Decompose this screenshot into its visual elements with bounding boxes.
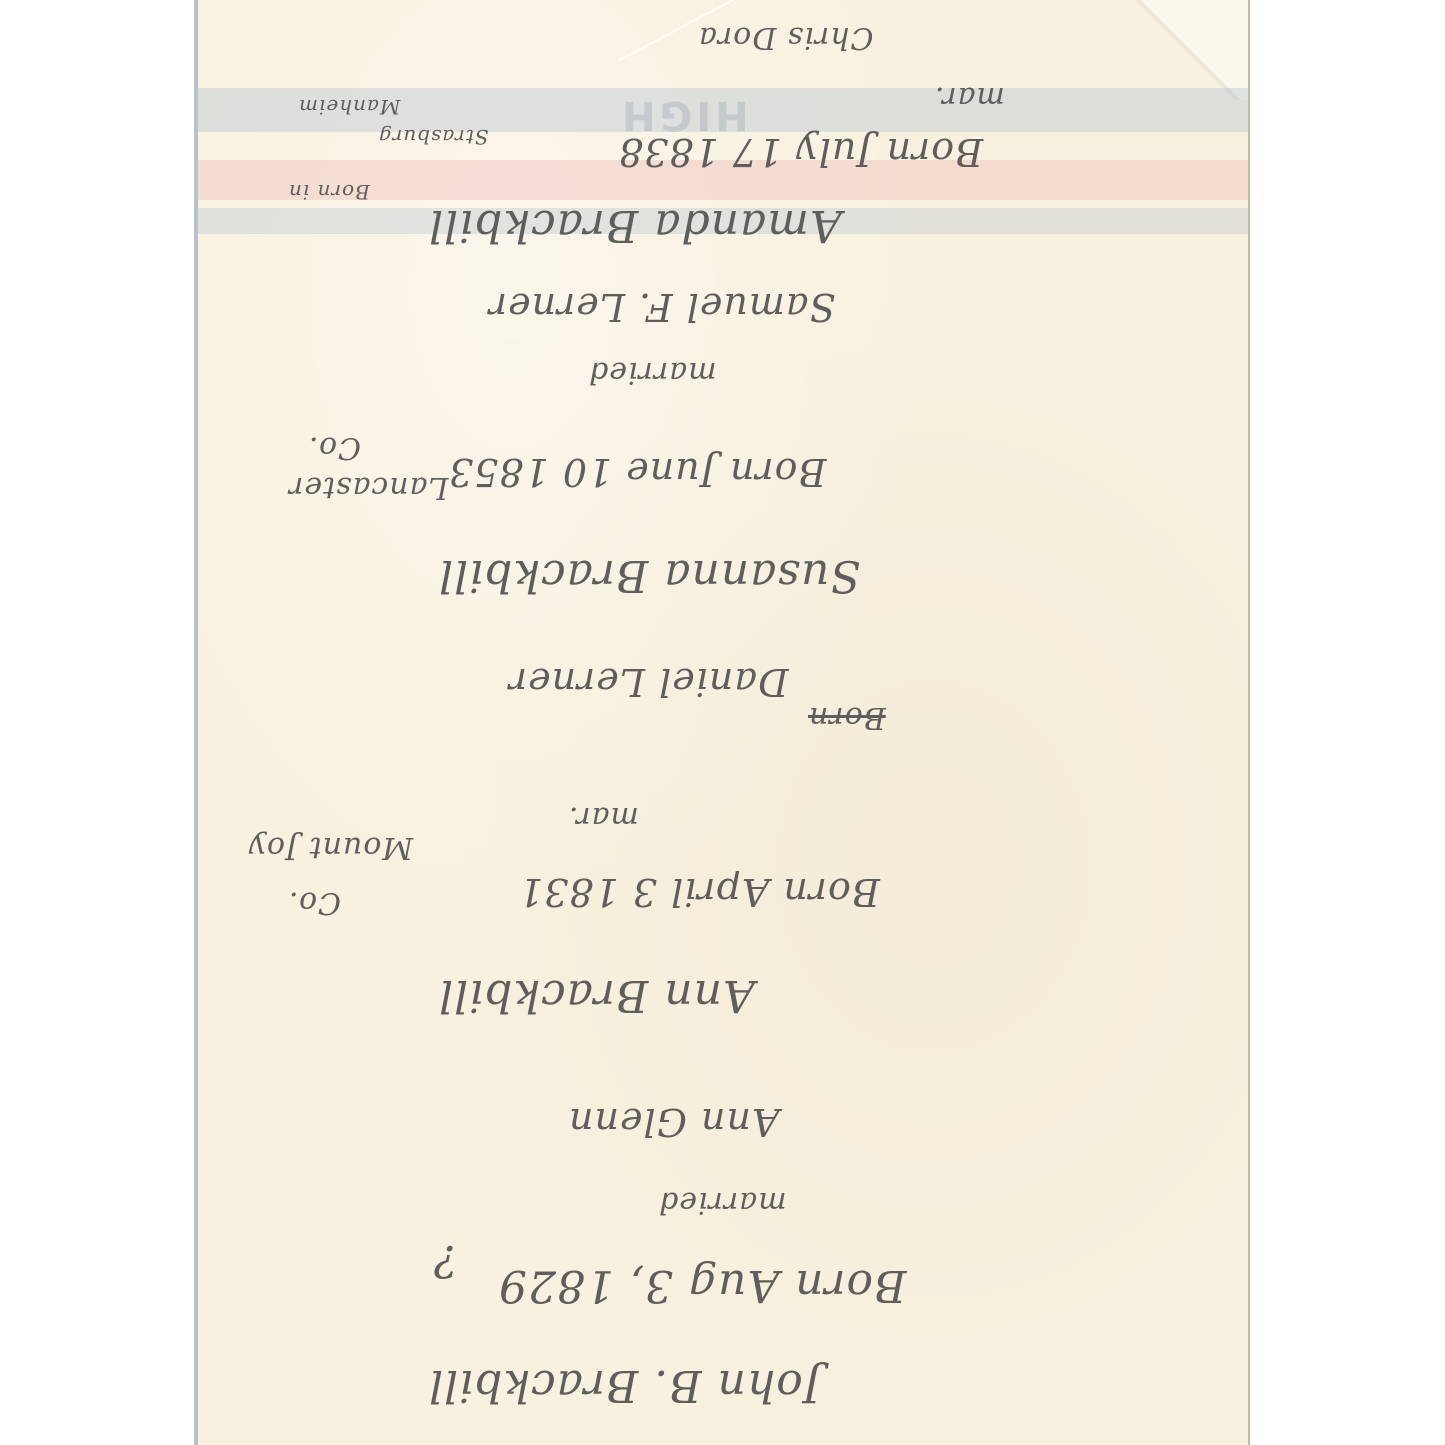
entry-birth: Born Aug 3, 1829 — [498, 1260, 906, 1311]
entry-place-note: Born in — [288, 180, 370, 204]
entry-name: Ann Glenn — [568, 1100, 779, 1144]
entry-place: Mount Joy — [248, 830, 413, 865]
entry-place-suffix: Co. — [288, 885, 341, 920]
entry-name: Amanda Brackbill — [428, 200, 842, 251]
entry-birth: Born July 17 1838 — [618, 130, 983, 174]
entry-place2: Manheim — [298, 95, 400, 119]
entry-struck-word: Born — [808, 700, 886, 735]
entry-birth: Born April 3 1831 — [518, 870, 880, 914]
entry-relation: married — [588, 355, 717, 390]
entry-place: Strasburg — [378, 125, 489, 149]
entry-birth: Born June 10 1853 — [448, 450, 826, 494]
entry-note: ? — [433, 1235, 458, 1286]
entry-name: Daniel Lerner — [508, 660, 788, 704]
entry-name: John B. Brackbill — [428, 1360, 821, 1411]
entry-name: Susanna Brackbill — [438, 550, 860, 601]
entry-name: Samuel F. Lerner — [488, 285, 836, 329]
document-page: HIGH Chris Dora mar. Born July 17 1838 S… — [194, 0, 1250, 1445]
entry-relation: mar. — [934, 80, 1005, 115]
entry-name: Ann Brackbill — [438, 970, 755, 1021]
folded-corner — [1128, 0, 1248, 100]
entry-place-suffix: Co. — [308, 430, 361, 465]
entry-place: Lancaster — [288, 470, 448, 505]
entry-name: Chris Dora — [698, 20, 873, 55]
entry-relation: married — [658, 1185, 787, 1220]
entry-relation: mar. — [568, 800, 639, 835]
